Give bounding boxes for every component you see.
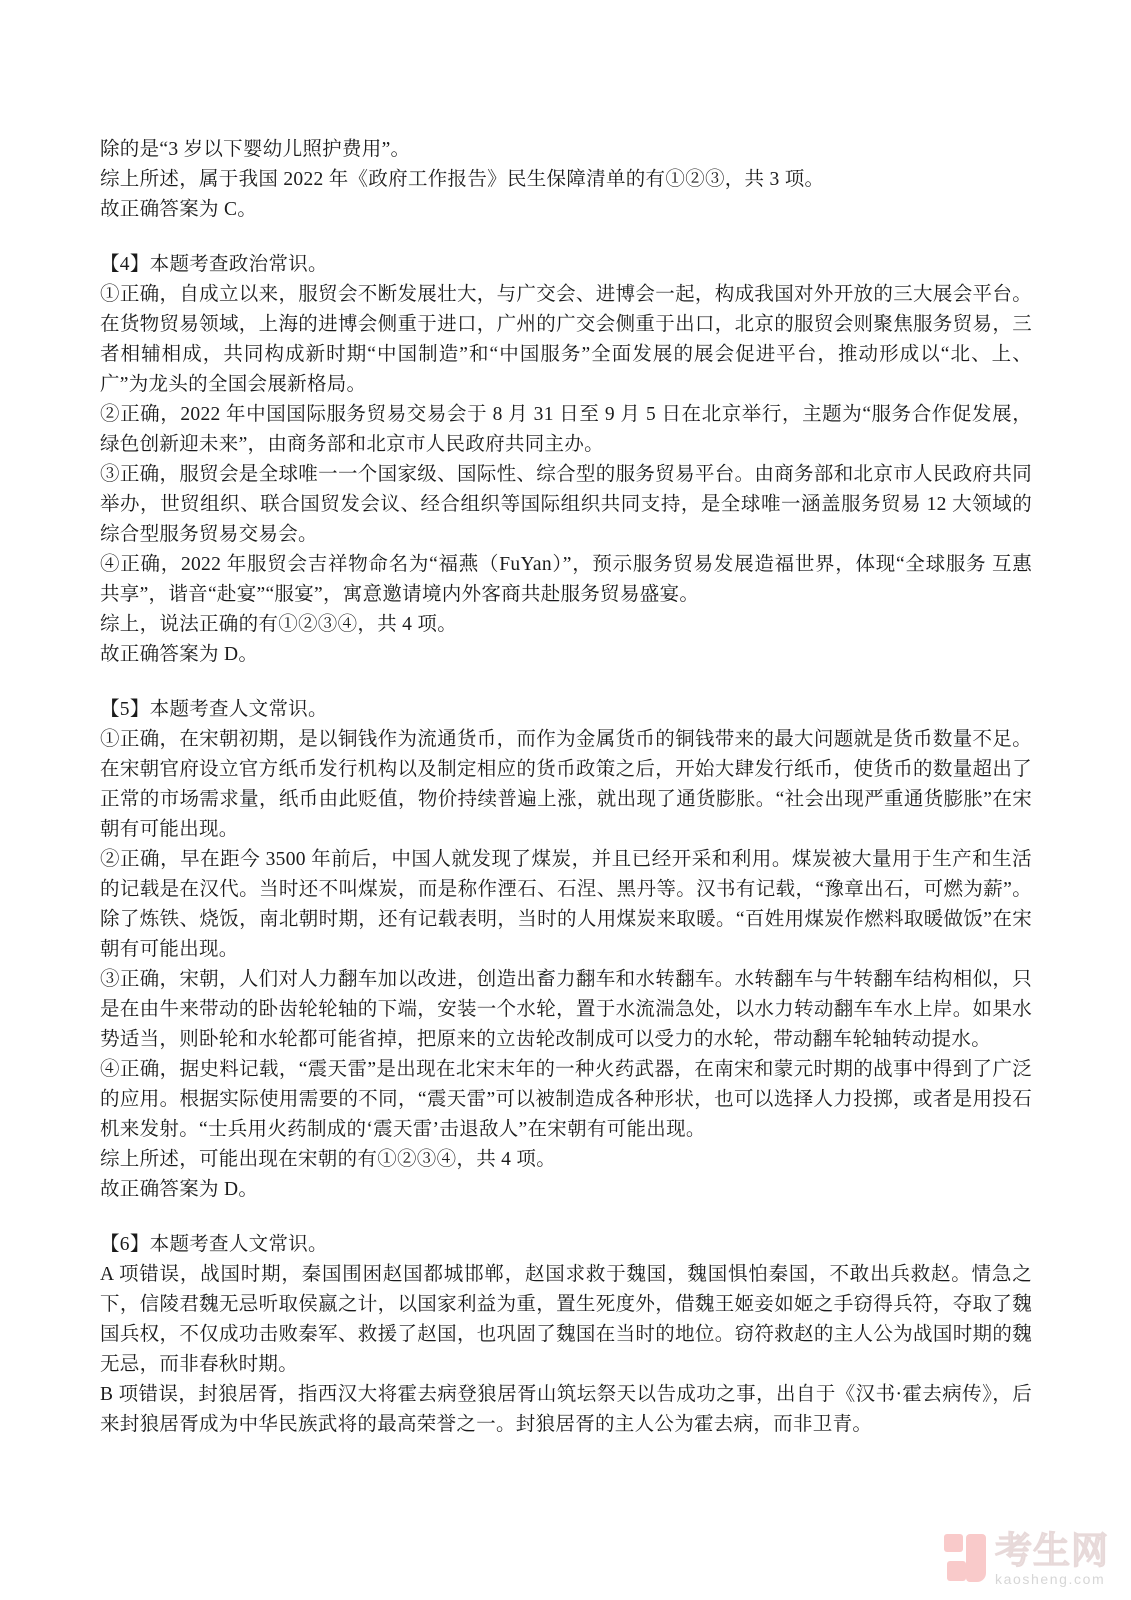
watermark-site-name: 考生网 bbox=[995, 1532, 1109, 1570]
logo-block bbox=[944, 1534, 963, 1552]
paragraph: ①正确，自成立以来，服贸会不断发展壮大，与广交会、进博会一起，构成我国对外开放的… bbox=[100, 280, 1032, 400]
answer-4-section: 【4】本题考查政治常识。 ①正确，自成立以来，服贸会不断发展壮大，与广交会、进博… bbox=[100, 250, 1032, 670]
paragraph: 故正确答案为 C。 bbox=[100, 195, 1032, 225]
paragraph: ③正确，宋朝，人们对人力翻车加以改进，创造出畜力翻车和水转翻车。水转翻车与牛转翻… bbox=[100, 965, 1032, 1055]
answer-line: 故正确答案为 D。 bbox=[100, 1175, 1032, 1205]
answer-6-section: 【6】本题考查人文常识。 A 项错误，战国时期，秦国围困赵国都城邯郸，赵国求救于… bbox=[100, 1230, 1032, 1440]
logo-block bbox=[966, 1534, 986, 1582]
answer-3-conclusion-section: 除的是“3 岁以下婴幼儿照护费用”。 综上所述，属于我国 2022 年《政府工作… bbox=[100, 135, 1032, 225]
kaosheng-watermark: 考生网 kaosheng.com bbox=[944, 1532, 1114, 1594]
kaosheng-logo-icon bbox=[944, 1534, 989, 1584]
paragraph: B 项错误，封狼居胥，指西汉大将霍去病登狼居胥山筑坛祭天以告成功之事，出自于《汉… bbox=[100, 1380, 1032, 1440]
paragraph: 综上所述，属于我国 2022 年《政府工作报告》民生保障清单的有①②③，共 3 … bbox=[100, 165, 1032, 195]
logo-block bbox=[947, 1561, 966, 1581]
answer-5-section: 【5】本题考查人文常识。 ①正确，在宋朝初期，是以铜钱作为流通货币，而作为金属货… bbox=[100, 695, 1032, 1205]
section-heading: 【4】本题考查政治常识。 bbox=[100, 250, 1032, 280]
watermark-text: 考生网 kaosheng.com bbox=[995, 1532, 1109, 1587]
paragraph: ②正确，早在距今 3500 年前后，中国人就发现了煤炭，并且已经开采和利用。煤炭… bbox=[100, 845, 1032, 965]
paragraph: 除的是“3 岁以下婴幼儿照护费用”。 bbox=[100, 135, 1032, 165]
watermark-site-domain: kaosheng.com bbox=[995, 1571, 1109, 1587]
paragraph: 综上，说法正确的有①②③④，共 4 项。 bbox=[100, 610, 1032, 640]
paragraph: 综上所述，可能出现在宋朝的有①②③④，共 4 项。 bbox=[100, 1145, 1032, 1175]
answer-line: 故正确答案为 D。 bbox=[100, 640, 1032, 670]
paragraph: A 项错误，战国时期，秦国围困赵国都城邯郸，赵国求救于魏国，魏国惧怕秦国，不敢出… bbox=[100, 1260, 1032, 1380]
section-heading: 【6】本题考查人文常识。 bbox=[100, 1230, 1032, 1260]
paragraph: ②正确，2022 年中国国际服务贸易交易会于 8 月 31 日至 9 月 5 日… bbox=[100, 400, 1032, 460]
paragraph: ③正确，服贸会是全球唯一一个国家级、国际性、综合型的服务贸易平台。由商务部和北京… bbox=[100, 460, 1032, 550]
paragraph: ④正确，据史料记载，“震天雷”是出现在北宋末年的一种火药武器，在南宋和蒙元时期的… bbox=[100, 1055, 1032, 1145]
paragraph: ④正确，2022 年服贸会吉祥物命名为“福燕（FuYan）”，预示服务贸易发展造… bbox=[100, 550, 1032, 610]
paragraph: ①正确，在宋朝初期，是以铜钱作为流通货币，而作为金属货币的铜钱带来的最大问题就是… bbox=[100, 725, 1032, 845]
document-page: 除的是“3 岁以下婴幼儿照护费用”。 综上所述，属于我国 2022 年《政府工作… bbox=[100, 135, 1032, 1465]
section-heading: 【5】本题考查人文常识。 bbox=[100, 695, 1032, 725]
